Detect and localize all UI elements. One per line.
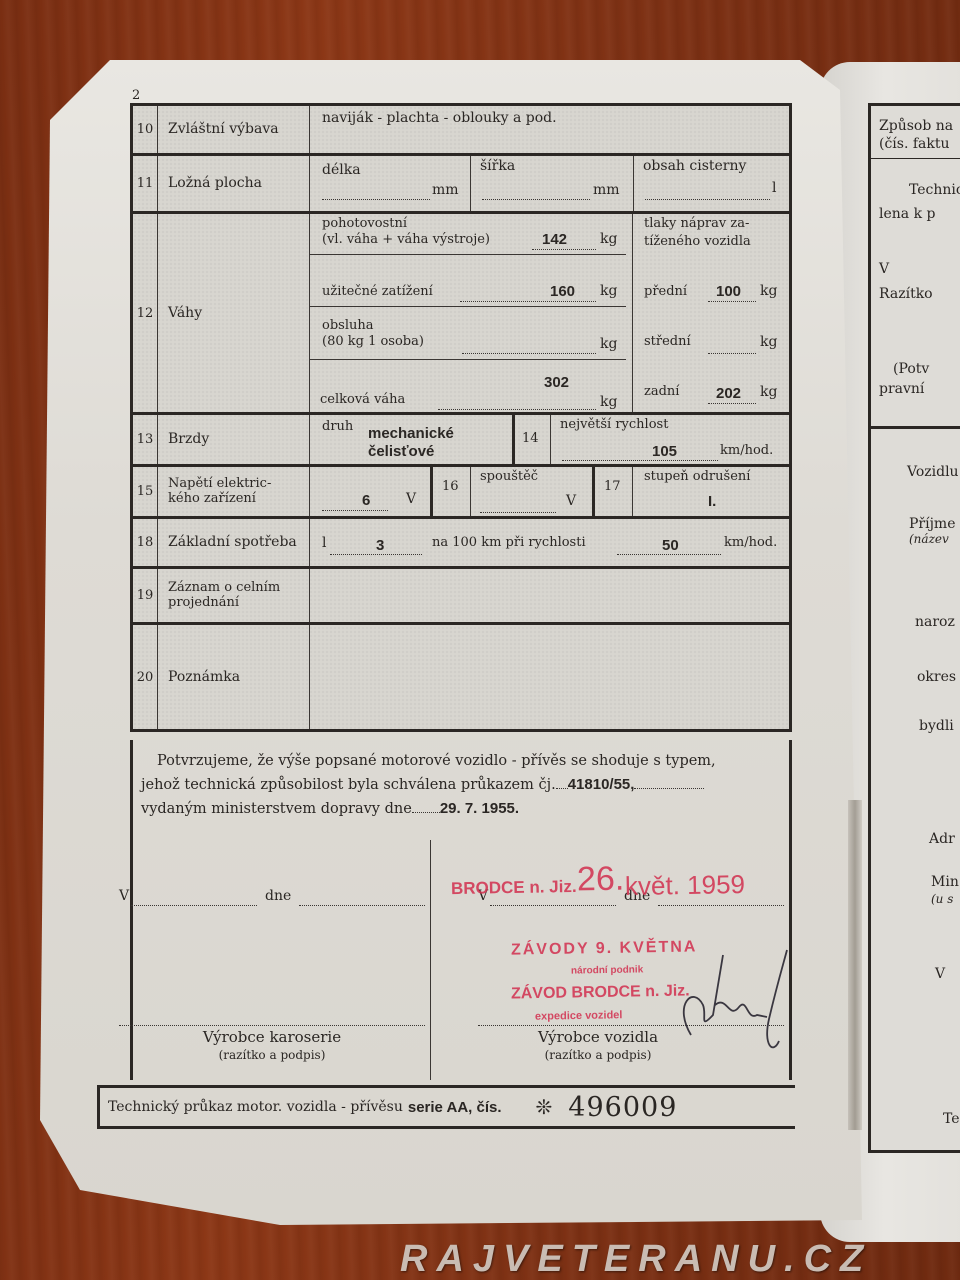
place-label: V	[119, 888, 129, 904]
voltage-label: Napětí elektric-	[168, 477, 271, 492]
voltage-value: 6	[362, 492, 370, 509]
signature-divider	[430, 840, 431, 1080]
row-label: Záznam o celním projednání	[158, 569, 310, 622]
payload-label: užitečné zatížení	[322, 284, 433, 299]
right-text: okres	[917, 669, 956, 685]
row-label: Váhy	[158, 214, 310, 412]
axle-loads-title: tlaky náprav za-	[644, 216, 749, 231]
row-label: Napětí elektric- kého zařízení	[158, 467, 310, 516]
customs-label: Záznam o celním	[168, 581, 280, 596]
crew-field[interactable]	[462, 340, 596, 354]
body-maker-signature-field[interactable]	[119, 1012, 425, 1026]
total-weight-value: 302	[544, 374, 569, 391]
date-label: dne	[265, 888, 291, 904]
voltage-label-2: kého zařízení	[168, 492, 256, 507]
serial-symbol-icon: ❊	[536, 1095, 553, 1119]
body-maker-title: Výrobce karoserie	[119, 1028, 425, 1046]
place-stamp: BRODCE n. Jiz.	[451, 877, 577, 899]
right-text: V	[935, 966, 945, 982]
footer-title: Technický průkaz motor. vozidla - přívěs…	[108, 1099, 403, 1115]
consumption-unit: km/hod.	[724, 535, 777, 550]
interference-value: I.	[708, 493, 716, 510]
right-text: (čís. faktu	[879, 136, 950, 152]
consumption-value: 3	[376, 537, 384, 554]
front-axle-unit: kg	[760, 283, 777, 299]
row-label: Zvláštní výbava	[158, 106, 310, 153]
confirmation-section: Potvrzujeme, že výše popsané motorové vo…	[130, 740, 792, 1080]
binding-edge	[848, 800, 862, 1130]
row-label: Brzdy	[158, 415, 310, 464]
row-label: Poznámka	[158, 625, 310, 729]
right-text: Min	[931, 874, 959, 890]
row-number: 20	[133, 625, 158, 729]
payload-unit: kg	[600, 283, 617, 299]
row-number: 12	[133, 214, 158, 412]
handwritten-signature	[643, 945, 793, 1060]
series-label: serie AA, čís.	[408, 1099, 502, 1116]
confirmation-line-3: vydaným ministerstvem dopravy dne29. 7. …	[141, 797, 787, 821]
company-stamp-line-4: expedice vozidel	[535, 1009, 623, 1023]
payload-field[interactable]	[460, 288, 596, 302]
right-text: bydli	[919, 718, 954, 734]
rear-axle-label: zadní	[644, 384, 679, 399]
confirmation-line-2-text: jehož technická způsobilost byla schvále…	[141, 777, 556, 793]
payload-value: 160	[550, 283, 575, 300]
crew-label: obsluha	[322, 318, 373, 333]
approval-date: 29. 7. 1955.	[440, 800, 519, 817]
consumption-text: na 100 km při rychlosti	[432, 535, 586, 550]
total-weight-field[interactable]	[438, 396, 596, 410]
row-note: 20 Poznámka	[133, 625, 789, 729]
right-text: (název	[909, 532, 949, 546]
right-text: naroz	[915, 614, 955, 630]
page-number: 2	[132, 88, 140, 103]
max-speed-unit: km/hod.	[720, 443, 773, 458]
ready-weight-label: pohotovostní	[322, 216, 407, 231]
body-maker-subtitle: (razítko a podpis)	[119, 1048, 425, 1062]
middle-axle-field[interactable]	[708, 340, 756, 354]
right-text: (u s	[931, 892, 953, 906]
right-page-form: Způsob na (čís. faktu Technic lena k p V…	[868, 103, 960, 1153]
right-text: lena k p	[879, 206, 935, 222]
body-maker-date-field[interactable]	[299, 892, 425, 906]
rear-axle-value: 202	[716, 385, 741, 402]
brake-type-label: druh	[322, 419, 353, 434]
front-axle-value: 100	[716, 283, 741, 300]
max-speed-value: 105	[652, 443, 677, 460]
max-speed-field[interactable]	[562, 447, 718, 461]
approval-number: 41810/55,	[568, 776, 635, 793]
length-field[interactable]	[322, 186, 430, 200]
consumption-speed-value: 50	[662, 537, 679, 554]
row-load-area: 11 Ložná plocha délka mm šířka mm obsah …	[133, 156, 789, 214]
consumption-prefix: l	[322, 535, 326, 551]
company-stamp-line-2: národní podnik	[571, 964, 643, 976]
row-weights: 12 Váhy pohotovostní (vl. váha + váha vý…	[133, 214, 789, 415]
tank-unit: l	[772, 180, 776, 196]
total-weight-unit: kg	[600, 394, 617, 410]
max-speed-label: největší rychlost	[560, 417, 668, 432]
brake-type-value-2: čelisťové	[368, 443, 434, 460]
row-electrical: 15 Napětí elektric- kého zařízení 6 V 16…	[133, 467, 789, 519]
ready-weight-sublabel: (vl. váha + váha výstroje)	[322, 232, 490, 247]
right-text: Razítko	[879, 286, 933, 302]
row-number: 13	[133, 415, 158, 464]
row-number: 11	[133, 156, 158, 211]
tank-field[interactable]	[645, 186, 770, 200]
width-unit: mm	[593, 182, 620, 198]
customs-label-2: projednání	[168, 596, 239, 611]
voltage-unit: V	[406, 491, 416, 507]
row-number: 18	[133, 519, 158, 566]
crew-unit: kg	[600, 336, 617, 352]
interference-label: stupeň odrušení	[644, 469, 750, 484]
middle-axle-unit: kg	[760, 334, 777, 350]
row-customs-record: 19 Záznam o celním projednání	[133, 569, 789, 625]
starter-field[interactable]	[480, 499, 556, 513]
right-text: V	[879, 261, 889, 277]
voltage-field[interactable]	[322, 497, 388, 511]
width-field[interactable]	[482, 186, 590, 200]
right-text: Adr	[929, 831, 955, 847]
technical-form-table: 10 Zvláštní výbava naviják - plachta - o…	[130, 103, 792, 732]
row-number: 17	[604, 479, 621, 494]
brake-type-value: mechanické	[368, 425, 454, 442]
right-text: Te	[943, 1111, 960, 1127]
middle-axle-label: střední	[644, 334, 691, 349]
right-text: pravní	[879, 381, 924, 397]
body-maker-place-field[interactable]	[131, 892, 257, 906]
row-number: 19	[133, 569, 158, 622]
row-number: 16	[442, 479, 459, 494]
row-label: Ložná plocha	[158, 156, 310, 211]
row-number: 14	[522, 431, 539, 446]
right-text: Způsob na	[879, 118, 953, 134]
date-stamp-rest: květ. 1959	[625, 869, 746, 902]
length-label: délka	[322, 162, 361, 178]
crew-sublabel: (80 kg 1 osoba)	[322, 334, 424, 349]
starter-label: spouštěč	[480, 469, 538, 484]
row-number: 10	[133, 106, 158, 153]
front-axle-label: přední	[644, 284, 687, 299]
confirmation-line-3-text: vydaným ministerstvem dopravy dne	[141, 801, 412, 817]
right-text: Vozidlu	[907, 464, 959, 480]
length-unit: mm	[432, 182, 459, 198]
ready-weight-unit: kg	[600, 231, 617, 247]
row-label: Základní spotřeba	[158, 519, 310, 566]
right-text: Technic	[909, 182, 960, 198]
total-weight-label: celková váha	[320, 392, 405, 407]
note-field[interactable]	[310, 625, 789, 729]
row-number: 15	[133, 467, 158, 516]
special-equipment-value: naviják - plachta - oblouky a pod.	[322, 110, 557, 126]
serial-number: 496009	[568, 1092, 677, 1123]
document-footer: Technický průkaz motor. vozidla - přívěs…	[97, 1085, 795, 1129]
customs-field[interactable]	[310, 569, 789, 622]
ready-weight-value: 142	[542, 231, 567, 248]
confirmation-line-1: Potvrzujeme, že výše popsané motorové vo…	[141, 750, 787, 773]
rear-axle-unit: kg	[760, 384, 777, 400]
row-special-equipment: 10 Zvláštní výbava naviják - plachta - o…	[133, 106, 789, 156]
tank-label: obsah cisterny	[643, 158, 746, 174]
axle-loads-title-2: tíženého vozidla	[644, 234, 751, 249]
watermark: RAJVETERANU.CZ	[400, 1238, 872, 1280]
starter-unit: V	[566, 493, 576, 509]
confirmation-line-2: jehož technická způsobilost byla schvále…	[141, 773, 787, 797]
right-text: (Potv	[893, 361, 929, 377]
row-brakes-speed: 13 Brzdy druh mechanické čelisťové 14 ne…	[133, 415, 789, 467]
confirmation-text: Potvrzujeme, že výše popsané motorové vo…	[133, 750, 795, 821]
width-label: šířka	[480, 158, 515, 174]
row-consumption: 18 Základní spotřeba l 3 na 100 km při r…	[133, 519, 789, 569]
date-stamp-day: 26.	[577, 860, 625, 900]
right-text: Příjme	[909, 516, 956, 532]
